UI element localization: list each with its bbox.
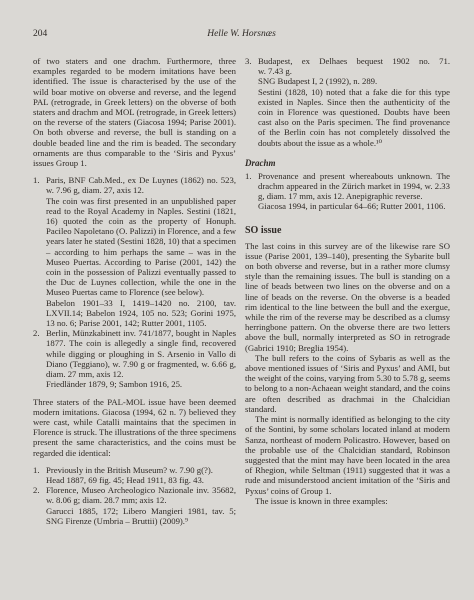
entry-line: Florence, Museo Archeologico Nazionale i… [46, 485, 236, 505]
entry-body: Berlin, Münzkabinett inv. 741/1877, boug… [46, 328, 236, 389]
paragraph-so-weight: The bull refers to the coins of Sybaris … [245, 353, 450, 414]
entry-number: 2. [33, 485, 46, 526]
entry-line: Provenance and present whereabouts unkno… [258, 171, 450, 202]
entry-body: Paris, BNF Cab.Med., ex De Luynes (1862)… [46, 175, 236, 328]
right-column: 3. Budapest, ex Delhaes bequest 1902 no.… [245, 56, 450, 526]
entry-references: Head 1887, 69 fig. 45; Head 1911, 83 fig… [46, 475, 236, 485]
paragraph-so-description: The last coins in this survey are of the… [245, 241, 450, 353]
heading-drachm: Drachm [245, 158, 450, 168]
entry-number: 1. [33, 175, 46, 328]
paragraph-so-examples-intro: The issue is known in three examples: [245, 496, 450, 506]
entry-line: Paris, BNF Cab.Med., ex De Luynes (1862)… [46, 175, 236, 195]
entry-number: 1. [245, 171, 258, 212]
scanned-book-page: 204 Helle W. Horsnæs of two staters and … [0, 0, 474, 600]
left-column: of two staters and one drachm. Furthermo… [33, 56, 236, 526]
two-column-text: of two staters and one drachm. Furthermo… [33, 56, 450, 526]
entry-references: Friedländer 1879, 9; Sambon 1916, 25. [46, 379, 236, 389]
entry-body: Previously in the British Museum? w. 7.9… [46, 465, 236, 485]
catalogue-entry-budapest: 3. Budapest, ex Delhaes bequest 1902 no.… [245, 56, 450, 148]
entry-number: 2. [33, 328, 46, 389]
entry-line: Previously in the British Museum? w. 7.9… [46, 465, 236, 475]
catalogue-entry-florence: 2. Florence, Museo Archeologico Nazional… [33, 485, 236, 526]
entry-references: Garucci 1885, 172; Libero Mangieri 1981,… [46, 506, 236, 526]
catalogue-entry-paris: 1. Paris, BNF Cab.Med., ex De Luynes (18… [33, 175, 236, 328]
entry-number: 1. [33, 465, 46, 485]
entry-line: The coin was first presented in an unpub… [46, 196, 236, 298]
entry-body: Florence, Museo Archeologico Nazionale i… [46, 485, 236, 526]
page-number: 204 [33, 28, 47, 40]
entry-line: w. 7.43 g. [258, 66, 450, 76]
paragraph-so-mint: The mint is normally identified as belon… [245, 414, 450, 496]
entry-body: Budapest, ex Delhaes bequest 1902 no. 71… [258, 56, 450, 148]
entry-number: 3. [245, 56, 258, 148]
entry-commentary: Sestini (1828, 10) noted that a fake die… [258, 87, 450, 148]
catalogue-entry-berlin: 2. Berlin, Münzkabinett inv. 741/1877, b… [33, 328, 236, 389]
entry-line: Berlin, Münzkabinett inv. 741/1877, boug… [46, 328, 236, 379]
catalogue-entry-drachm: 1. Provenance and present whereabouts un… [245, 171, 450, 212]
entry-references: Babelon 1901–33 I, 1419–1420 no. 2100, t… [46, 298, 236, 329]
paragraph-modern-imitations: Three staters of the PAL-MOL issue have … [33, 397, 236, 458]
running-header: 204 Helle W. Horsnæs [33, 28, 450, 40]
catalogue-entry-british-museum: 1. Previously in the British Museum? w. … [33, 465, 236, 485]
entry-references: SNG Budapest I, 2 (1992), n. 289. [258, 76, 450, 86]
heading-so-issue: SO issue [245, 225, 450, 236]
entry-references: Giacosa 1994, in particular 64–66; Rutte… [258, 201, 450, 211]
running-title: Helle W. Horsnæs [33, 28, 450, 40]
entry-body: Provenance and present whereabouts unkno… [258, 171, 450, 212]
entry-line: Budapest, ex Delhaes bequest 1902 no. 71… [258, 56, 450, 66]
paragraph-issue-description: of two staters and one drachm. Furthermo… [33, 56, 236, 168]
